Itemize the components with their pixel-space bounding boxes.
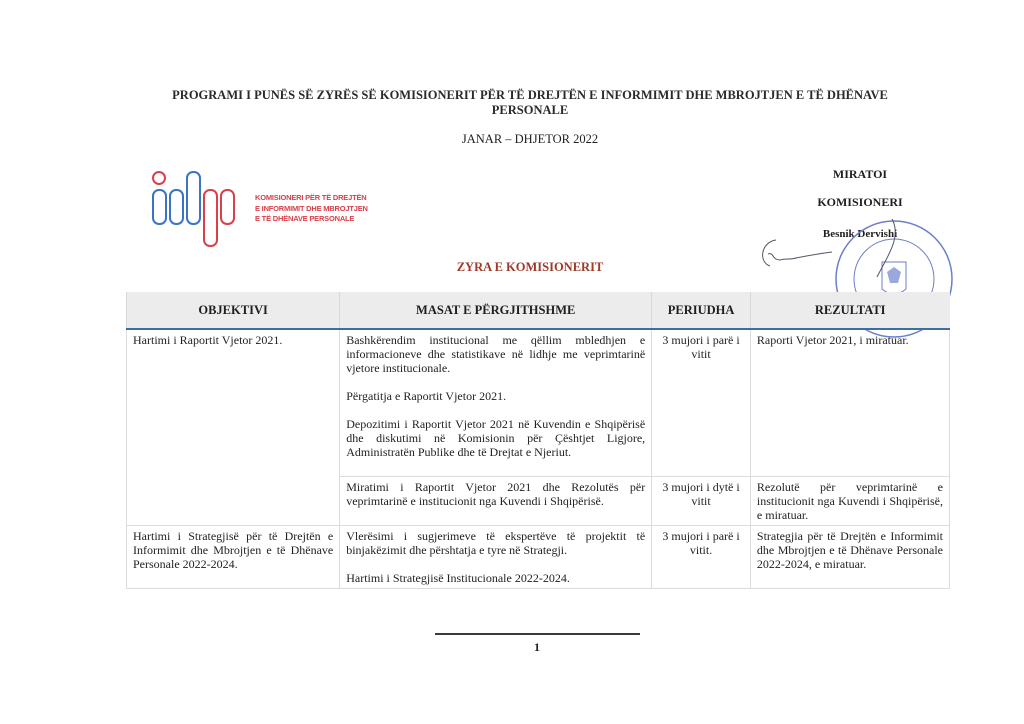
office-title: ZYRA E KOMISIONERIT: [300, 260, 760, 275]
table-header-row: OBJEKTIVI MASAT E PËRGJITHSHME PERIUDHA …: [127, 292, 950, 329]
measure-item: Hartimi i Strategjisë Institucionale 202…: [346, 571, 645, 585]
signature-icon: [756, 232, 836, 272]
measures-cell: Miratimi i Raportit Vjetor 2021 dhe Rezo…: [340, 477, 652, 526]
measure-item: Depozitimi i Raportit Vjetor 2021 në Kuv…: [346, 417, 645, 459]
approved-label: MIRATOI: [760, 167, 960, 182]
document-period: JANAR – DHJETOR 2022: [100, 132, 960, 147]
period-cell: 3 mujori i parë i vitit: [652, 329, 751, 477]
objective-cell: Hartimi i Strategjisë për të Drejtën e I…: [127, 526, 340, 589]
measure-item: Vlerësimi i sugjerimeve të ekspertëve të…: [346, 529, 645, 557]
work-program-table: OBJEKTIVI MASAT E PËRGJITHSHME PERIUDHA …: [126, 292, 950, 589]
title-line-2: PERSONALE: [100, 103, 960, 118]
header-objective: OBJEKTIVI: [127, 292, 340, 329]
objective-cell: Hartimi i Raportit Vjetor 2021.: [127, 329, 340, 526]
header-period: PERIUDHA: [652, 292, 751, 329]
result-cell: Rezolutë për veprimtarinë e institucioni…: [750, 477, 949, 526]
period-cell: 3 mujori i dytë i vitit: [652, 477, 751, 526]
measures-cell: Bashkërendim institucional me qëllim mbl…: [340, 329, 652, 477]
measures-cell: Vlerësimi i sugjerimeve të ekspertëve të…: [340, 526, 652, 589]
commissioner-role: KOMISIONERI: [760, 195, 960, 210]
footer-divider: [435, 633, 640, 635]
logo-line-3: E TË DHËNAVE PERSONALE: [255, 214, 368, 225]
logo-line-2: E INFORMIMIT DHE MBROJTJEN: [255, 204, 368, 215]
page-number: 1: [437, 640, 637, 655]
table-row: Hartimi i Raportit Vjetor 2021. Bashkëre…: [127, 329, 950, 477]
logo-line-1: KOMISIONERI PËR TË DREJTËN: [255, 193, 368, 204]
measure-item: Përgatitja e Raportit Vjetor 2021.: [346, 389, 645, 403]
result-cell: Strategjia për të Drejtën e Informimit d…: [750, 526, 949, 589]
header-measures: MASAT E PËRGJITHSHME: [340, 292, 652, 329]
header-result: REZULTATI: [750, 292, 949, 329]
table-row: Hartimi i Strategjisë për të Drejtën e I…: [127, 526, 950, 589]
logo-text: KOMISIONERI PËR TË DREJTËN E INFORMIMIT …: [255, 193, 368, 225]
title-line-1: PROGRAMI I PUNËS SË ZYRËS SË KOMISIONERI…: [100, 88, 960, 103]
measure-item: Bashkërendim institucional me qëllim mbl…: [346, 333, 645, 375]
document-title: PROGRAMI I PUNËS SË ZYRËS SË KOMISIONERI…: [100, 88, 960, 118]
result-cell: Raporti Vjetor 2021, i miratuar.: [750, 329, 949, 477]
period-cell: 3 mujori i parë i vitit.: [652, 526, 751, 589]
